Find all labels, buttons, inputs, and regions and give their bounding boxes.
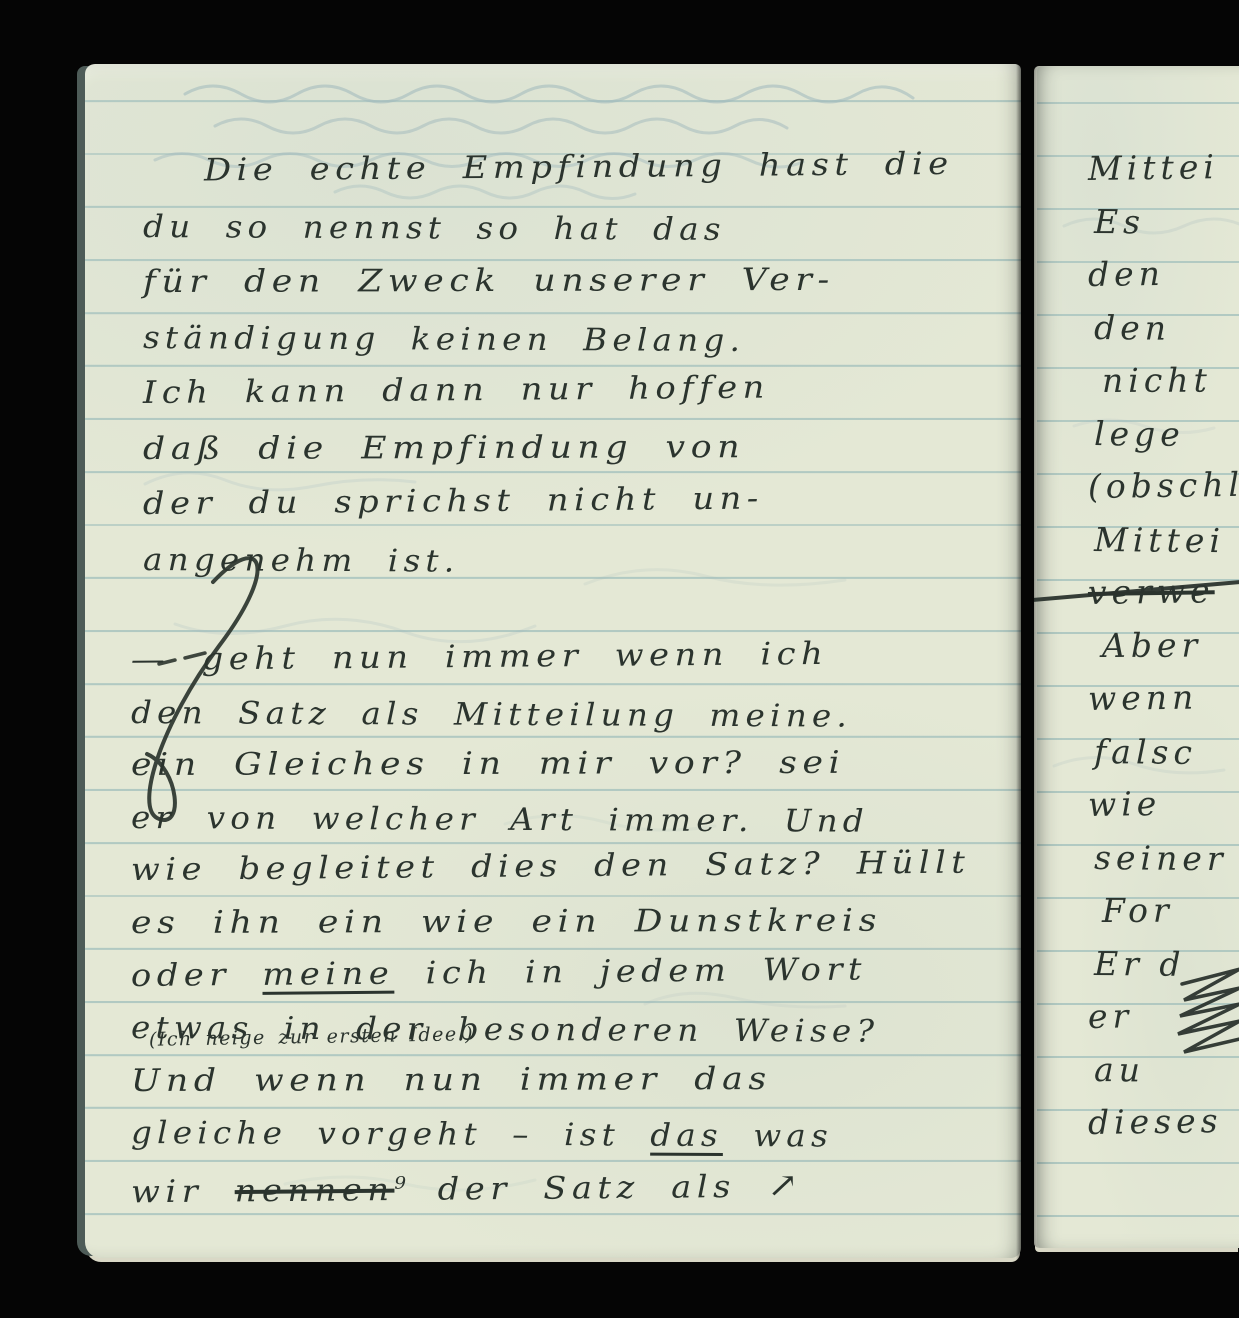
- handwriting-line: ein Gleiches in mir vor? sei: [131, 736, 1021, 792]
- handwriting-text: Mittei: [1088, 147, 1219, 188]
- handwriting-line: für den Zweck unserer Ver-: [143, 252, 1021, 311]
- underlined-word: meine: [262, 955, 394, 992]
- handwriting-fragment: er: [1088, 988, 1239, 1043]
- handwriting-text: wie begleitet dies den Satz? Hüllt: [131, 845, 971, 888]
- binding-gutter: [1016, 58, 1036, 1262]
- handwriting-text: der Satz als: [406, 1169, 767, 1208]
- handwriting-text: was: [723, 1118, 833, 1155]
- struck-word: nennen: [235, 1172, 395, 1209]
- handwriting-text: es ihn ein wie ein Dunstkreis: [131, 903, 882, 941]
- handwriting-fragment: Er d: [1094, 937, 1239, 991]
- handwriting-text: wir: [131, 1173, 235, 1210]
- underlined-word: das: [650, 1118, 723, 1154]
- handwriting-fragment: seiner: [1094, 831, 1239, 885]
- handwriting-fragment: Mittei: [1094, 513, 1239, 567]
- handwriting-text: du so nennst so hat das: [143, 209, 726, 248]
- handwriting-line: Die echte Empfindung hast die: [143, 136, 1021, 200]
- handwriting-text: falsc: [1094, 732, 1197, 772]
- handwriting-text: den: [1094, 308, 1171, 348]
- handwriting-text: For: [1102, 891, 1174, 930]
- handwriting-fragment: Aber: [1102, 618, 1239, 672]
- handwriting-fragment: (obschl: [1088, 458, 1239, 513]
- handwriting-fragment: den: [1088, 246, 1239, 301]
- handwriting-text: — geht nun immer wenn ich: [131, 636, 829, 678]
- handwriting-line: — geht nun immer wenn ich: [131, 626, 1021, 687]
- handwriting-text: ich in jedem Wort: [394, 951, 867, 991]
- handwriting-fragment: falsc: [1094, 725, 1239, 779]
- handwriting-line: es ihn ein wie ein Dunstkreis: [131, 894, 1021, 950]
- handwriting-text: lege: [1094, 414, 1185, 454]
- handwriting-text: au: [1094, 1050, 1145, 1089]
- handwriting-line: Ich kann dann nur hoffen: [143, 358, 1021, 422]
- handwriting-line: daß die Empfindung von: [143, 418, 1021, 477]
- handwriting-fragment: Es: [1094, 195, 1239, 249]
- handwriting-fragment: au: [1094, 1043, 1239, 1097]
- handwriting-text: er: [1088, 996, 1134, 1036]
- scan-background: Die echte Empfindung hast die du so nenn…: [0, 0, 1239, 1318]
- arrow-stroke: ↗: [767, 1165, 798, 1205]
- handwriting-text: Es: [1094, 202, 1145, 241]
- handwriting-text: für den Zweck unserer Ver-: [143, 262, 835, 300]
- struck-word: verwe: [1088, 571, 1215, 612]
- handwriting-text: angenehm ist.: [143, 542, 460, 580]
- insertion-mark: 9: [394, 1174, 406, 1194]
- handwriting-line: angenehm ist.: [143, 533, 1021, 593]
- handwriting-text: Aber: [1102, 626, 1202, 665]
- handwriting-text: wie: [1088, 784, 1162, 824]
- handwriting-text: ständigung keinen Belang.: [143, 320, 745, 359]
- right-page-column: Mittei Es den den nicht lege (obschl Mit…: [1088, 142, 1239, 1149]
- handwriting-line: wir nennen9 der Satz als ↗: [131, 1151, 1021, 1212]
- handwriting-text: wenn: [1088, 677, 1199, 718]
- notebook-right-page: Mittei Es den den nicht lege (obschl Mit…: [1034, 66, 1239, 1248]
- handwriting-line: den Satz als Mitteilung meine.: [131, 687, 1021, 744]
- handwriting-text: den: [1088, 254, 1165, 294]
- notebook-left-page: Die echte Empfindung hast die du so nenn…: [85, 64, 1021, 1258]
- handwriting-fragment: verwe: [1088, 564, 1239, 619]
- paragraph-2: — geht nun immer wenn ich den Satz als M…: [131, 634, 1011, 1213]
- handwriting-text: Er d: [1094, 944, 1186, 984]
- handwriting-line: Und wenn nun immer das: [131, 1052, 1021, 1108]
- handwriting-fragment: Mittei: [1088, 140, 1239, 195]
- handwriting-line: wie begleitet dies den Satz? Hüllt: [131, 836, 1021, 897]
- handwriting-line: der du sprichst nicht un-: [143, 469, 1021, 533]
- handwriting-text: Mittei: [1094, 520, 1225, 560]
- handwriting-fragment: nicht: [1102, 353, 1239, 407]
- handwriting-text: dieses: [1088, 1101, 1223, 1142]
- handwriting-text: Die echte Empfindung hast die: [204, 146, 954, 189]
- handwriting-text: der du sprichst nicht un-: [143, 481, 764, 522]
- handwriting-text: den Satz als Mitteilung meine.: [131, 695, 852, 735]
- handwriting-line: du so nennst so hat das: [143, 200, 1021, 260]
- handwriting-line: oder meine ich in jedem Wort: [131, 941, 1021, 1002]
- handwriting-fragment: dieses: [1088, 1094, 1239, 1149]
- handwriting-text: ein Gleiches in mir vor? sei: [131, 745, 845, 783]
- handwriting-text: seiner: [1094, 838, 1228, 878]
- handwriting-text: nicht: [1102, 361, 1212, 400]
- handwriting-text: (obschl: [1088, 465, 1239, 506]
- handwriting-text: Und wenn nun immer das: [131, 1061, 772, 1099]
- handwriting-text: gleiche vorgeht – ist: [131, 1115, 650, 1154]
- handwriting-text: oder: [131, 956, 263, 993]
- handwriting-text: er von welcher Art immer. Und: [131, 800, 869, 840]
- handwriting-fragment: wie: [1088, 776, 1239, 831]
- handwriting-fragment: wenn: [1088, 670, 1239, 725]
- handwriting-text: daß die Empfindung von: [143, 429, 745, 467]
- handwriting-text: Ich kann dann nur hoffen: [143, 369, 770, 411]
- handwriting-fragment: For: [1102, 883, 1239, 937]
- handwriting-fragment: den: [1094, 301, 1239, 355]
- paragraph-1: Die echte Empfindung hast die du so nenn…: [143, 144, 1005, 588]
- handwriting-fragment: lege: [1094, 407, 1239, 461]
